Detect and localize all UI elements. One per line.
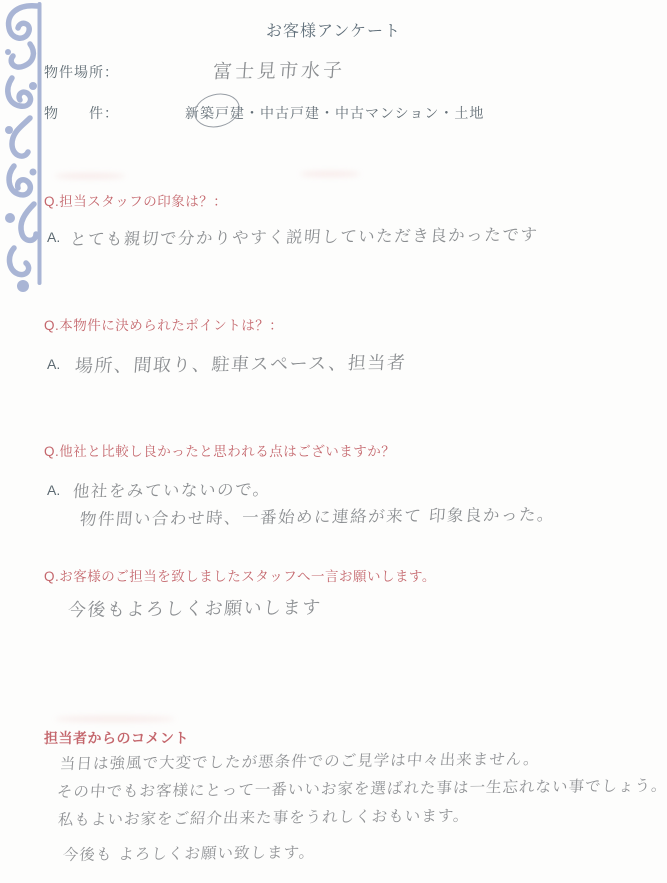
page-title: お客様アンケート — [0, 18, 667, 41]
scan-smudge — [300, 171, 360, 177]
staff-comment-line: 当日は強風で大変でしたが悪条件でのご見学は中々出来ません。 — [59, 747, 541, 774]
answer-label: A. — [47, 229, 60, 245]
answer-label: A. — [47, 356, 60, 372]
staff-comment-line: その中でもお客様にとって一番いいお家を選ばれた事は一生忘れない事でしょう。 — [56, 774, 667, 802]
answer-decision-points: 場所、間取り、駐車スペース、担当者 — [74, 349, 407, 378]
answer-message-to-staff: 今後もよろしくお願いします — [67, 593, 323, 622]
property-type-label: 物 件： — [44, 103, 119, 123]
floral-border-ornament — [0, 0, 46, 292]
survey-page: お客様アンケート 物件場所： 富士見市水子 物 件： 新築戸建・中古戸建・中古マ… — [0, 0, 667, 883]
staff-comment-line: 私もよいお家をご紹介出来た事をうれしくおもいます。 — [57, 804, 470, 830]
scan-smudge — [55, 173, 125, 179]
handwritten-circle-mark — [191, 89, 244, 132]
question-compare-others: Q.他社と比較し良かったと思われる点はございますか？ — [44, 440, 395, 460]
answer-label: A. — [47, 482, 60, 498]
staff-comment-line: 今後も よろしくお願い致します。 — [62, 840, 316, 865]
answer-compare-others-line2: 物件問い合わせ時、一番始めに連絡が来て 印象良かった。 — [79, 501, 556, 530]
property-location-label: 物件場所： — [44, 62, 119, 82]
scan-smudge — [55, 716, 175, 722]
question-staff-impression: Q.担当スタッフの印象は？： — [44, 190, 227, 210]
answer-compare-others-line1: 他社をみていないので。 — [72, 476, 272, 502]
staff-comment-header: 担当者からのコメント — [44, 728, 189, 748]
question-message-to-staff: Q.お客様のご担当を致しましたスタッフへ一言お願いします。 — [44, 565, 436, 585]
property-location-value: 富士見市水子 — [212, 56, 346, 84]
answer-staff-impression: とても親切で分かりやすく説明していただき良かったです — [69, 221, 539, 250]
question-decision-points: Q.本物件に決められたポイントは？： — [44, 314, 283, 334]
